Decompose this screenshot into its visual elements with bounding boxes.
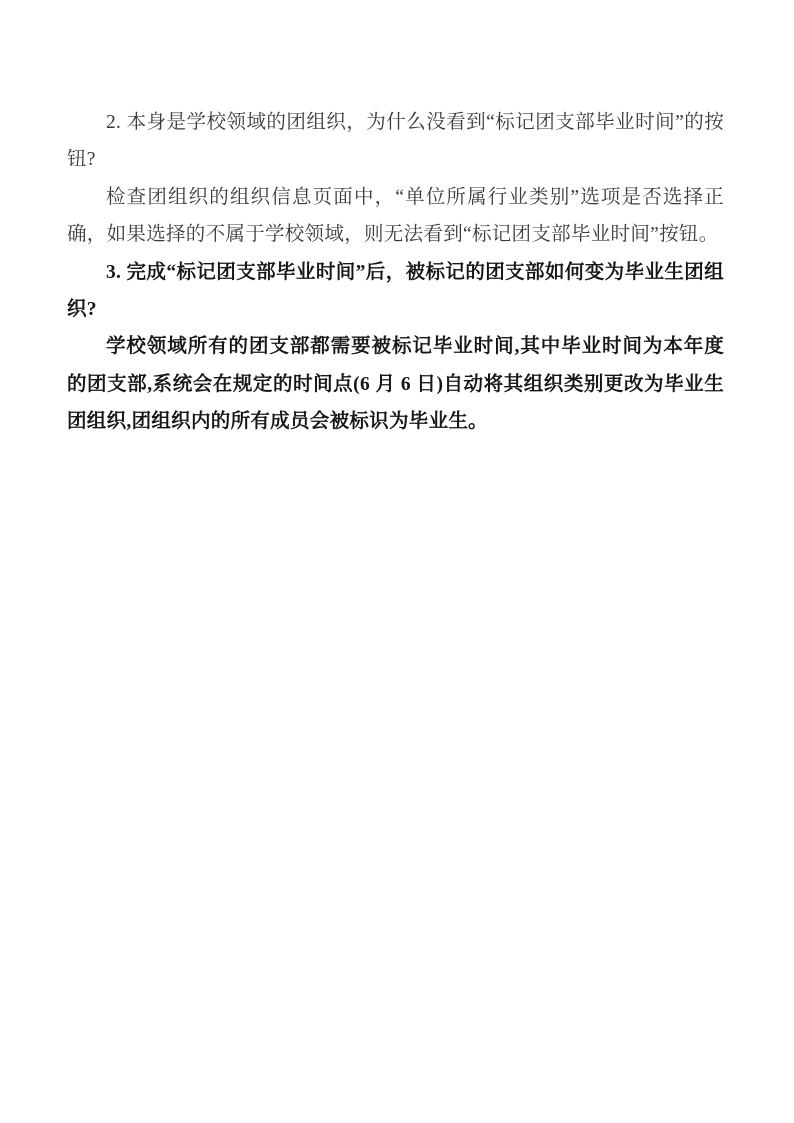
text-content: 2. 本身是学校领域的团组织，为什么没看到“标记团支部毕业时间”的按钮? 检查团… (67, 104, 724, 441)
document-page: 2. 本身是学校领域的团组织，为什么没看到“标记团支部毕业时间”的按钮? 检查团… (0, 0, 794, 1123)
faq-answer-3: 学校领域所有的团支部都需要被标记毕业时间,其中毕业时间为本年度的团支部,系统会在… (67, 328, 724, 440)
faq-question-3: 3. 完成“标记团支部毕业时间”后，被标记的团支部如何变为毕业生团组织? (67, 254, 724, 329)
faq-question-2: 2. 本身是学校领域的团组织，为什么没看到“标记团支部毕业时间”的按钮? (67, 104, 724, 179)
faq-answer-2: 检查团组织的组织信息页面中，“单位所属行业类别”选项是否选择正确，如果选择的不属… (67, 179, 724, 254)
